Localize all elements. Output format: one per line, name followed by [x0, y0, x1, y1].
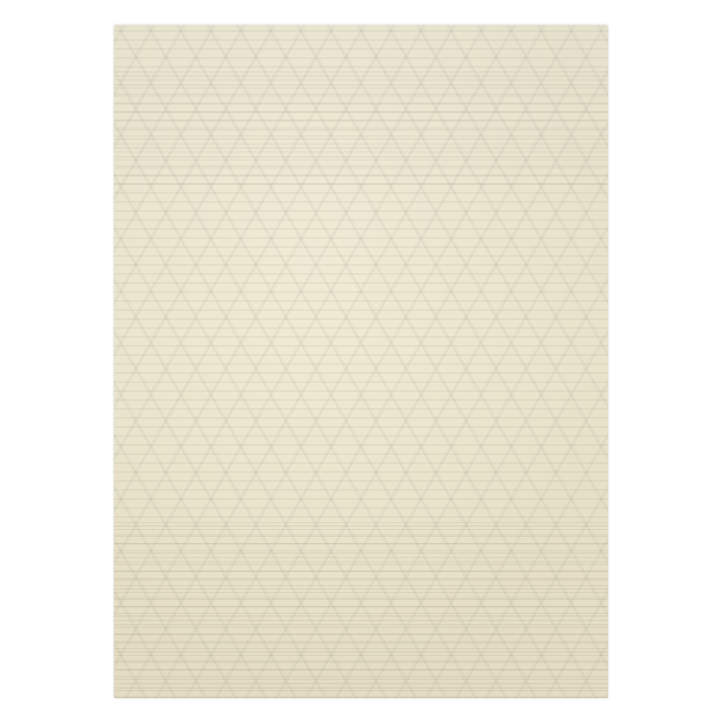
rug-pattern-top [114, 65, 608, 185]
rug [114, 25, 608, 698]
product-photo [0, 0, 720, 720]
rug-pattern-bottom [114, 518, 608, 698]
